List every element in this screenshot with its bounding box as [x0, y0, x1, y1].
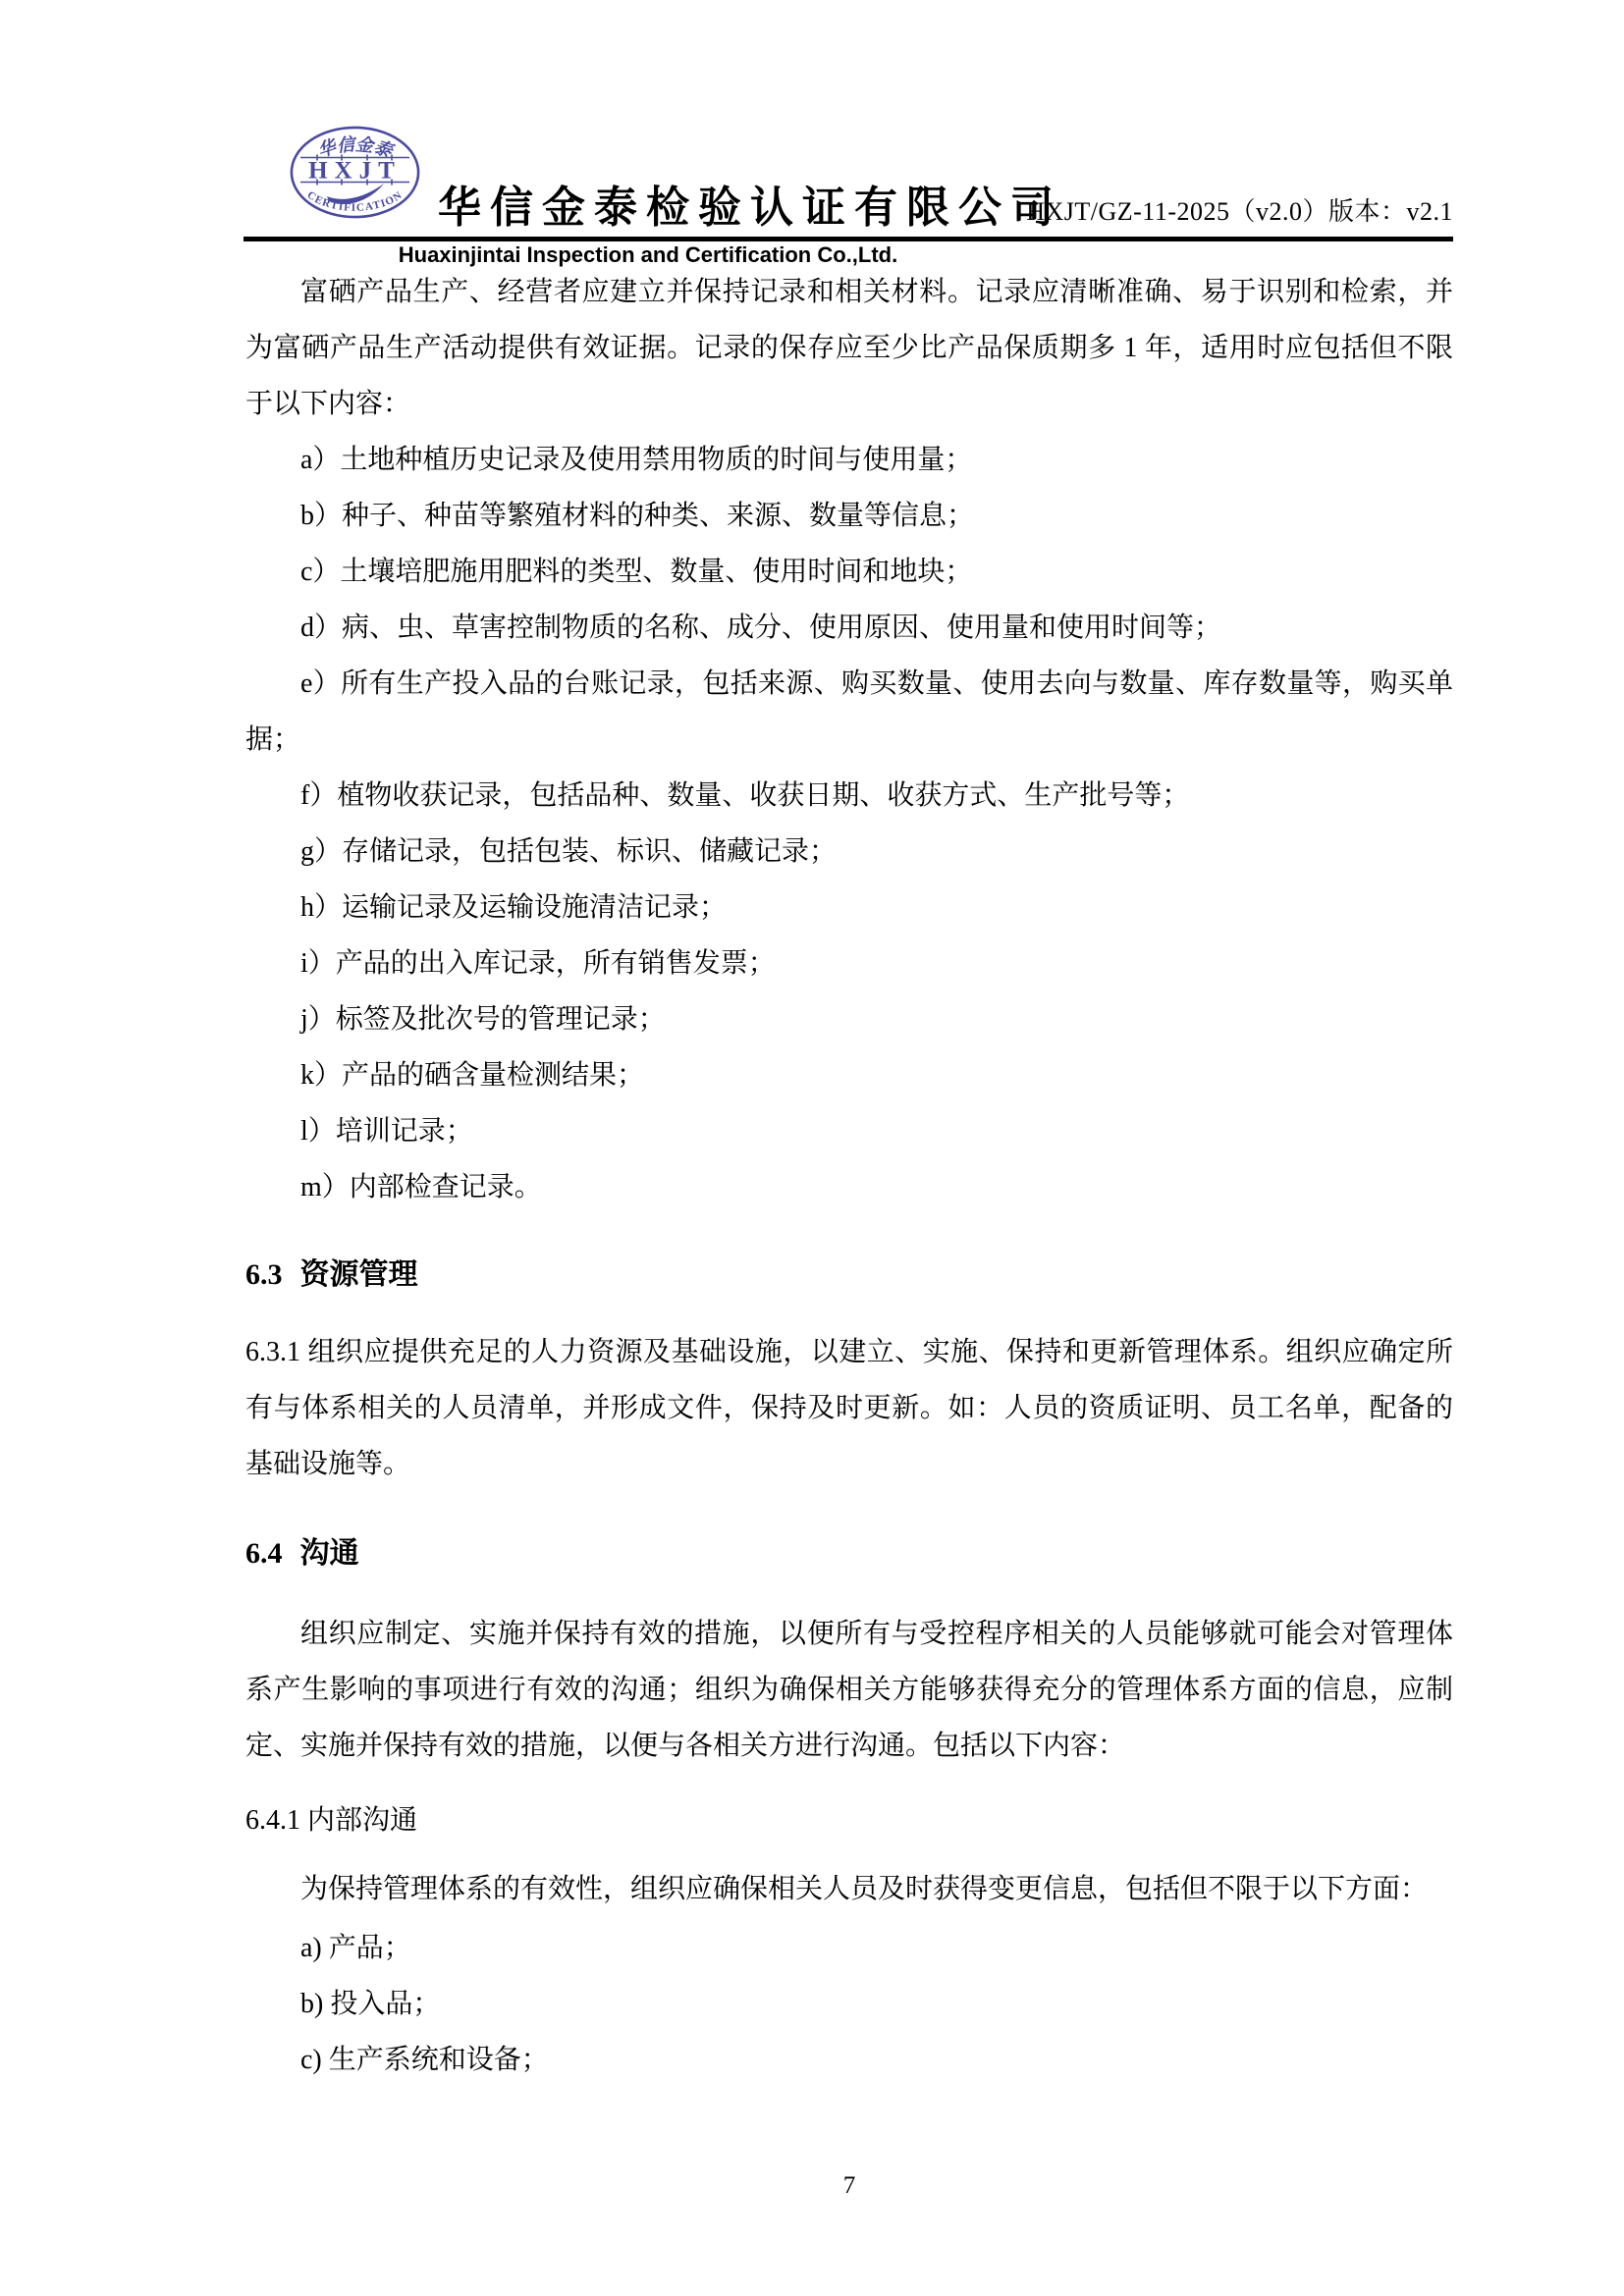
record-list-item-l: l）培训记录； — [245, 1103, 1453, 1159]
section-title: 资源管理 — [300, 1258, 418, 1291]
record-list-item-a: a）土地种植历史记录及使用禁用物质的时间与使用量； — [245, 432, 1453, 488]
record-list-item-i: i）产品的出入库记录，所有销售发票； — [245, 935, 1453, 991]
seal-acronym: HXJT — [308, 158, 402, 185]
record-list-item-k: k）产品的硒含量检测结果； — [245, 1047, 1453, 1103]
comm-list-item-a: a) 产品； — [245, 1920, 1453, 1976]
record-list-item-g: g）存储记录，包括包装、标识、储藏记录； — [245, 824, 1453, 880]
doc-code: HXJT/GZ-11-2025（v2.0）版本：v2.1 — [1026, 197, 1453, 227]
subsection-heading-6-4-1: 6.4.1 内部沟通 — [245, 1792, 1453, 1848]
section-heading-6-4: 6.4沟通 — [245, 1525, 1453, 1581]
paragraph-6-4: 组织应制定、实施并保持有效的措施，以便所有与受控程序相关的人员能够就可能会对管理… — [245, 1606, 1453, 1774]
comm-list-item-b: b) 投入品； — [245, 1976, 1453, 2032]
header-rule — [244, 237, 1453, 241]
comm-list-item-c: c) 生产系统和设备； — [245, 2032, 1453, 2088]
paragraph-6-4-1-intro: 为保持管理体系的有效性，组织应确保相关人员及时获得变更信息，包括但不限于以下方面… — [245, 1861, 1453, 1917]
record-list-item-h: h）运输记录及运输设施清洁记录； — [245, 880, 1453, 935]
page-number: 7 — [245, 2171, 1453, 2201]
record-list-item-c: c）土壤培肥施用肥料的类型、数量、使用时间和地块； — [245, 544, 1453, 600]
record-list-item-b: b）种子、种苗等繁殖材料的种类、来源、数量等信息； — [245, 488, 1453, 544]
record-list-item-e: e）所有生产投入品的台账记录，包括来源、购买数量、使用去向与数量、库存数量等，购… — [245, 656, 1453, 768]
document-body: 富硒产品生产、经营者应建立并保持记录和相关材料。记录应清晰准确、易于识别和检索，… — [245, 264, 1453, 2088]
section-number: 6.3 — [245, 1258, 283, 1291]
company-name-cn: 华信金泰检验认证有限公司 — [438, 185, 1062, 232]
record-list-item-m: m）内部检查记录。 — [245, 1159, 1453, 1215]
record-list-item-d: d）病、虫、草害控制物质的名称、成分、使用原因、使用量和使用时间等； — [245, 600, 1453, 656]
section-title: 沟通 — [300, 1537, 359, 1570]
section-number: 6.4 — [245, 1537, 283, 1570]
section-heading-6-3: 6.3资源管理 — [245, 1247, 1453, 1303]
records-intro-paragraph: 富硒产品生产、经营者应建立并保持记录和相关材料。记录应清晰准确、易于识别和检索，… — [245, 264, 1453, 432]
company-seal-logo: 华信金泰 HXJT CERTIFICATION — [290, 126, 420, 219]
record-list-item-j: j）标签及批次号的管理记录； — [245, 991, 1453, 1047]
record-list-item-f: f）植物收获记录，包括品种、数量、收获日期、收获方式、生产批号等； — [245, 768, 1453, 824]
document-page: 华信金泰 HXJT CERTIFICATION 华信金泰检验认证有限公司 HXJ… — [0, 0, 1624, 2296]
paragraph-6-3-1: 6.3.1 组织应提供充足的人力资源及基础设施，以建立、实施、保持和更新管理体系… — [245, 1324, 1453, 1492]
